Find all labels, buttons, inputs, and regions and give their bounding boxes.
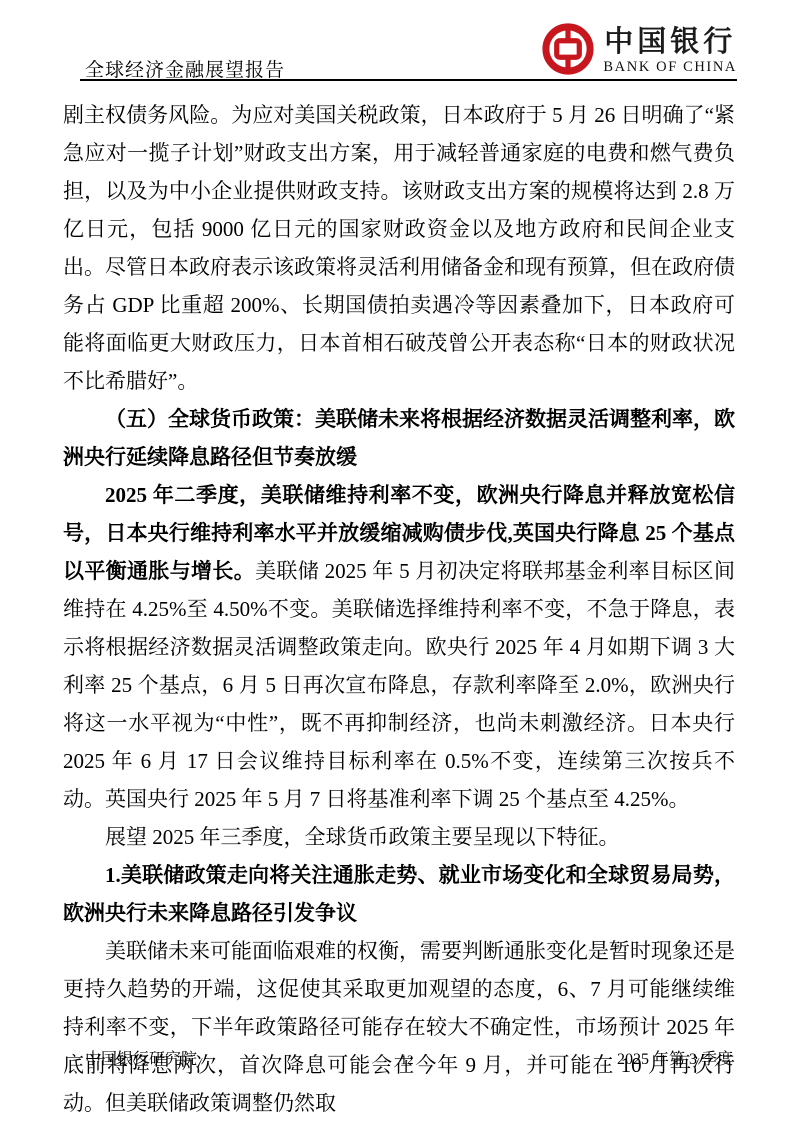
footer-institution: 中国银行研究院 <box>85 1046 197 1069</box>
report-page: 全球经济金融展望报告 中国银行 BANK OF CHINA 剧主权债务风险。为应… <box>0 0 793 1121</box>
page-footer: 中国银行研究院 12 2025 年第 3 季度 <box>85 1046 733 1069</box>
paragraph-q2-detail: 美联储 2025 年 5 月初决定将联邦基金利率目标区间维持在 4.25%至 4… <box>63 559 735 811</box>
boc-emblem-icon <box>542 23 594 80</box>
section-heading-5: （五）全球货币政策：美联储未来将根据经济数据灵活调整利率，欧洲央行延续降息路径但… <box>63 400 735 476</box>
paragraph-q2-monetary-policy: 2025 年二季度，美联储维持利率不变，欧洲央行降息并释放宽松信号，日本央行维持… <box>63 476 735 818</box>
paragraph-outlook-q3: 展望 2025 年三季度，全球货币政策主要呈现以下特征。 <box>63 818 735 856</box>
paragraph-japan-fiscal: 剧主权债务风险。为应对美国关税政策，日本政府于 5 月 26 日明确了“紧急应对… <box>63 96 735 400</box>
paragraph-fed-outlook: 美联储未来可能面临艰难的权衡，需要判断通胀变化是暂时现象还是更持久趋势的开端，这… <box>63 932 735 1121</box>
bank-logo: 中国银行 BANK OF CHINA <box>542 23 737 80</box>
page-number: 12 <box>401 1052 414 1068</box>
bank-logo-text: 中国银行 BANK OF CHINA <box>603 27 737 76</box>
report-title: 全球经济金融展望报告 <box>85 55 285 82</box>
page-body: 剧主权债务风险。为应对美国关税政策，日本政府于 5 月 26 日明确了“紧急应对… <box>63 96 735 1121</box>
bank-name-cn: 中国银行 <box>604 27 736 57</box>
bank-name-en: BANK OF CHINA <box>603 59 737 76</box>
footer-issue: 2025 年第 3 季度 <box>617 1046 733 1069</box>
sub-heading-1: 1.美联储政策走向将关注通胀走势、就业市场变化和全球贸易局势，欧洲央行未来降息路… <box>63 856 735 932</box>
